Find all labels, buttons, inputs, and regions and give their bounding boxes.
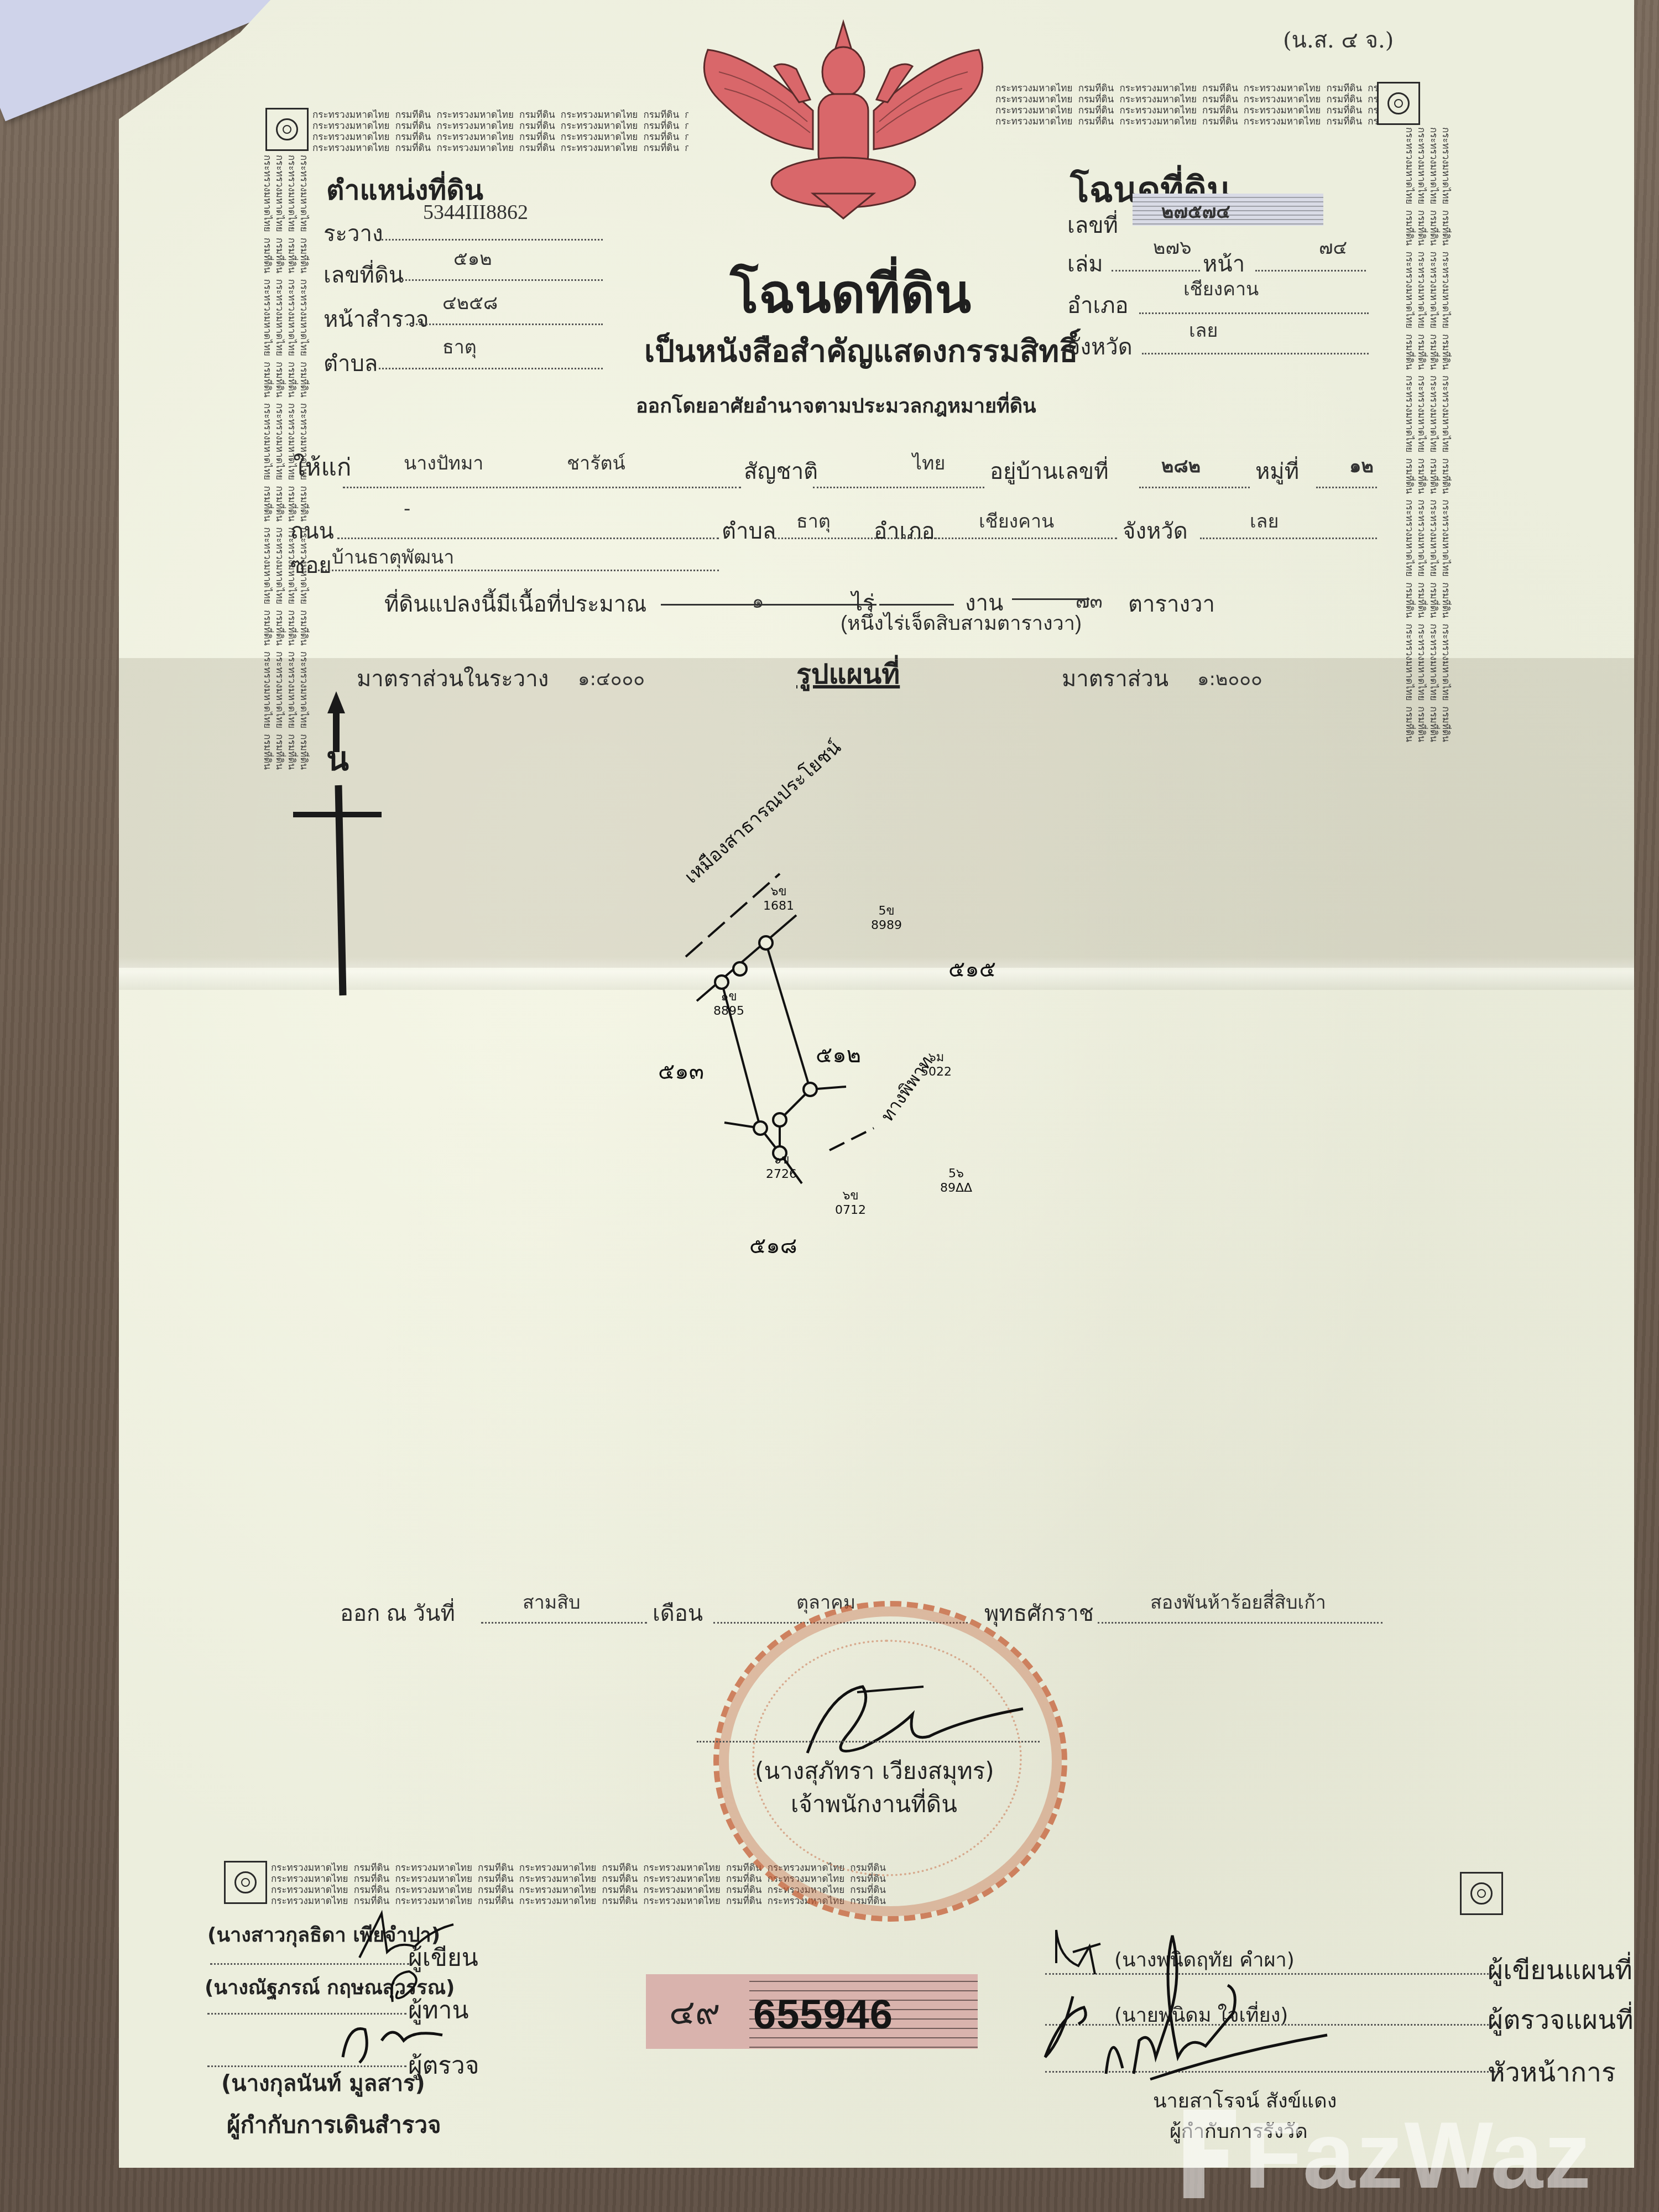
- dotted-line: [813, 487, 984, 488]
- owner-district-value: เชียงคาน: [979, 506, 1054, 536]
- dotted-line: [697, 1741, 1040, 1743]
- border-text-line: กระทรวงมหาดไทย กรมที่ดิน กระทรวงมหาดไทย …: [995, 94, 1377, 105]
- dotted-line: [210, 1963, 409, 1965]
- survey-supervisor-label: ผู้กำกับการเดินสำรวจ: [227, 2107, 441, 2143]
- survey-page-label: หน้าสำรวจ: [324, 301, 429, 337]
- dotted-line: [1112, 270, 1200, 272]
- border-text-line: กระทรวงมหาดไทย กรมที่ดิน กระทรวงมหาดไทย …: [273, 155, 285, 1864]
- map-scale-label: มาตราส่วน: [1062, 661, 1168, 696]
- to-label: ให้แก่: [293, 448, 352, 487]
- north-label: น: [326, 733, 349, 785]
- owner-province-label: จังหวัด: [1123, 513, 1188, 549]
- moo-value: ๑๒: [1349, 451, 1374, 481]
- house-no-value: ๒๘๒: [1161, 451, 1201, 481]
- marker-label: ๖ข1681: [763, 885, 794, 914]
- dotted-line: [1316, 487, 1377, 488]
- form-code: (น.ส. ๔ จ.): [1283, 22, 1394, 58]
- signatory-role: ผู้ตรวจ: [408, 2046, 479, 2085]
- corner-ornament-icon: [265, 108, 309, 151]
- wa-label: ตารางวา: [1128, 586, 1215, 622]
- garuda-emblem-icon: [686, 17, 1001, 221]
- signatory-role: ผู้เขียนแผนที่: [1488, 1949, 1632, 1991]
- parcel-west-label: ๕๑๓: [658, 1053, 704, 1089]
- deed-number-label: เลขที่: [1067, 207, 1118, 243]
- book-value: ๒๗๖: [1153, 232, 1192, 262]
- marker-number: 1681: [763, 899, 794, 914]
- serial-number: 655946: [753, 1991, 893, 2038]
- marker-code: ๖ข: [763, 885, 794, 899]
- marker-code: ๑ข: [713, 990, 744, 1004]
- border-text-line: กระทรวงมหาดไทย กรมที่ดิน กระทรวงมหาดไทย …: [261, 155, 273, 1864]
- marker-code: ๖ม: [921, 1051, 952, 1065]
- deed-district-label: อำเภอ: [1067, 288, 1129, 323]
- officer-name: (นางสุภัทรา เวียงสมุทร): [755, 1753, 994, 1790]
- owner-name: นางปัทมา: [404, 448, 483, 478]
- area-intro: ที่ดินแปลงนี้มีเนื้อที่ประมาณ: [384, 586, 646, 622]
- dotted-line: [398, 279, 603, 281]
- sheet-value: 5344III8862: [423, 200, 528, 225]
- deed-number-value: ๒๗๕๗๔: [1161, 196, 1230, 226]
- sheet-label: ระวาง: [324, 216, 383, 251]
- parcel-east-label: ๕๑๕: [948, 951, 996, 987]
- border-text-line: กระทรวงมหาดไทย กรมที่ดิน กระทรวงมหาดไทย …: [312, 109, 688, 121]
- signatory-name: (นางกุลนันท์ มูลสาร): [221, 2065, 425, 2101]
- owner-subdistrict-value: ธาตุ: [796, 506, 831, 536]
- marker-label: ๖ข2726: [766, 1153, 797, 1182]
- document-subtitle: เป็นหนังสือสำคัญแสดงกรรมสิทธิ์: [644, 326, 1078, 375]
- deed-district-value: เชียงคาน: [1183, 274, 1259, 304]
- corner-ornament-icon: [224, 1861, 267, 1904]
- border-text-top-left: กระทรวงมหาดไทย กรมที่ดิน กระทรวงมหาดไทย …: [312, 109, 688, 155]
- issued-by-text: ออกโดยอาศัยอำนาจตามประมวลกฎหมายที่ดิน: [636, 390, 1036, 421]
- issue-date-prefix: ออก ณ วันที่: [340, 1595, 455, 1631]
- dotted-line: [935, 538, 1117, 539]
- officer-title: เจ้าพนักงานที่ดิน: [791, 1786, 957, 1823]
- road-label: ถนน: [290, 513, 334, 549]
- soi-value: บ้านธาตุพัฒนา: [332, 542, 454, 572]
- marker-code: ๖ข: [835, 1189, 866, 1203]
- border-text-line: กระทรวงมหาดไทย กรมที่ดิน กระทรวงมหาดไทย …: [312, 132, 688, 143]
- nationality-value: ไทย: [912, 448, 945, 478]
- house-no-label: อยู่บ้านเลขที่: [990, 453, 1109, 489]
- year-label: พุทธศักราช: [984, 1595, 1094, 1631]
- marker-number: 8989: [871, 919, 902, 933]
- signatory-name: (นางสาวกุลธิดา เพียจำปา): [207, 1919, 440, 1950]
- marker-label: 5ข8989: [871, 904, 902, 933]
- area-rai-value: ๑: [752, 586, 764, 616]
- subdistrict-value: ธาตุ: [442, 332, 477, 362]
- border-text-right: กระทรวงมหาดไทย กรมที่ดิน กระทรวงมหาดไทย …: [1399, 127, 1452, 1869]
- dotted-line: [1255, 270, 1366, 272]
- dotted-line: [379, 368, 603, 369]
- dotted-line: [207, 2013, 406, 2015]
- signatory-role: หัวหน้าการ: [1488, 2052, 1616, 2094]
- dotted-line: [382, 239, 603, 241]
- owner-surname: ชารัตน์: [567, 448, 625, 478]
- dotted-line: [343, 487, 741, 488]
- signatory-role: ผู้ตรวจแผนที่: [1488, 1999, 1634, 2041]
- dotted-line: [1045, 2071, 1499, 2073]
- signatory-name: (นายพนิดม ใจเที่ยง): [1114, 1999, 1288, 2031]
- moo-label: หมู่ที่: [1255, 453, 1299, 489]
- parcel-south-label: ๕๑๘: [749, 1228, 797, 1263]
- marker-label: 5๖89ΔΔ: [940, 1167, 972, 1196]
- marker-number: 5022: [921, 1065, 952, 1079]
- border-text-line: กระทรวงมหาดไทย กรมที่ดิน กระทรวงมหาดไทย …: [995, 83, 1377, 94]
- border-text-top-right: กระทรวงมหาดไทย กรมที่ดิน กระทรวงมหาดไทย …: [995, 83, 1377, 128]
- marker-number: 2726: [766, 1167, 797, 1182]
- signatory-name: (นางพนิดฤทัย คำผา): [1114, 1944, 1295, 1975]
- border-text-line: กระทรวงมหาดไทย กรมที่ดิน กระทรวงมหาดไทย …: [312, 143, 688, 154]
- marker-code: 5ข: [871, 904, 902, 919]
- survey-page-value: ๔๒๕๘: [442, 288, 498, 317]
- border-text-line: กระทรวงมหาดไทย กรมที่ดิน กระทรวงมหาดไทย …: [312, 121, 688, 132]
- rai-tail-line: [879, 604, 954, 606]
- issue-year: สองพันห้าร้อยสี่สิบเก้า: [1150, 1587, 1326, 1617]
- dotted-line: [481, 1622, 647, 1624]
- dotted-line: [1142, 353, 1369, 354]
- owner-district-label: อำเภอ: [874, 513, 935, 549]
- border-text-line: กระทรวงมหาดไทย กรมที่ดิน กระทรวงมหาดไทย …: [1439, 127, 1452, 1869]
- border-text-line: กระทรวงมหาดไทย กรมที่ดิน กระทรวงมหาดไทย …: [995, 116, 1377, 127]
- corner-ornament-icon: [1460, 1872, 1503, 1915]
- dotted-line: [1139, 312, 1369, 314]
- border-text-line: กระทรวงมหาดไทย กรมที่ดิน กระทรวงมหาดไทย …: [1427, 127, 1439, 1869]
- signatory-role: ผู้ทาน: [408, 1991, 469, 2030]
- parcel-center-label: ๕๑๒: [816, 1037, 861, 1072]
- sheet-scale-value: ๑:๔๐๐๐: [578, 664, 645, 693]
- dotted-line: [1139, 487, 1250, 488]
- corner-ornament-icon: [1377, 82, 1420, 125]
- dotted-line: [1045, 1973, 1499, 1975]
- border-text-line: กระทรวงมหาดไทย กรมที่ดิน กระทรวงมหาดไทย …: [995, 105, 1377, 116]
- rai-line: [661, 604, 877, 606]
- border-text-line: กระทรวงมหาดไทย กรมที่ดิน กระทรวงมหาดไทย …: [298, 155, 310, 1864]
- book-label: เล่ม: [1067, 246, 1103, 281]
- dotted-line: [1200, 538, 1377, 539]
- parcel-no-value: ๕๑๒: [453, 243, 492, 273]
- border-text-line: กระทรวงมหาดไทย กรมที่ดิน กระทรวงมหาดไทย …: [285, 155, 298, 1864]
- border-text-line: กระทรวงมหาดไทย กรมที่ดิน กระทรวงมหาดไทย …: [1415, 127, 1427, 1869]
- dotted-line: [318, 570, 719, 571]
- marker-number: 0712: [835, 1203, 866, 1218]
- marker-label: ๖ข0712: [835, 1189, 866, 1218]
- soi-label: ซอย: [290, 547, 332, 583]
- document-title: โฉนดที่ดิน: [730, 252, 971, 336]
- dotted-line: [406, 324, 603, 325]
- parcel-no-label: เลขที่ดิน: [324, 257, 404, 293]
- serial-prefix: ๔๙: [669, 1985, 720, 2039]
- border-text-left: กระทรวงมหาดไทย กรมที่ดิน กระทรวงมหาดไทย …: [260, 155, 310, 1864]
- owner-subdistrict-label: ตำบล: [722, 513, 776, 549]
- dotted-line: [337, 538, 719, 539]
- deed-province-value: เลย: [1189, 315, 1218, 345]
- marker-number: 89ΔΔ: [940, 1181, 972, 1196]
- marker-label: ๑ข8895: [713, 990, 744, 1019]
- marker-code: ๖ข: [766, 1153, 797, 1167]
- map-heading: รูปแผนที่: [796, 653, 900, 696]
- marker-label: ๖ม5022: [921, 1051, 952, 1079]
- road-value: -: [404, 498, 410, 520]
- watermark-text: FazWaz: [1244, 2101, 1592, 2210]
- marker-code: 5๖: [940, 1167, 972, 1181]
- area-in-words: (หนึ่งไร่เจ็ดสิบสามตารางวา): [841, 607, 1082, 639]
- month-label: เดือน: [653, 1595, 703, 1631]
- issue-day: สามสิบ: [523, 1587, 581, 1617]
- subdistrict-label: ตำบล: [324, 346, 378, 381]
- map-scale-value: ๑:๒๐๐๐: [1197, 664, 1262, 693]
- nationality-label: สัญชาติ: [744, 453, 818, 489]
- dotted-line: [1045, 2024, 1499, 2026]
- marker-number: 8895: [713, 1004, 744, 1019]
- dotted-line: [1098, 1622, 1383, 1624]
- border-text-line: กระทรวงมหาดไทย กรมที่ดิน กระทรวงมหาดไทย …: [1403, 127, 1415, 1869]
- owner-province-value: เลย: [1250, 506, 1279, 536]
- page-value: ๗๔: [1319, 232, 1347, 262]
